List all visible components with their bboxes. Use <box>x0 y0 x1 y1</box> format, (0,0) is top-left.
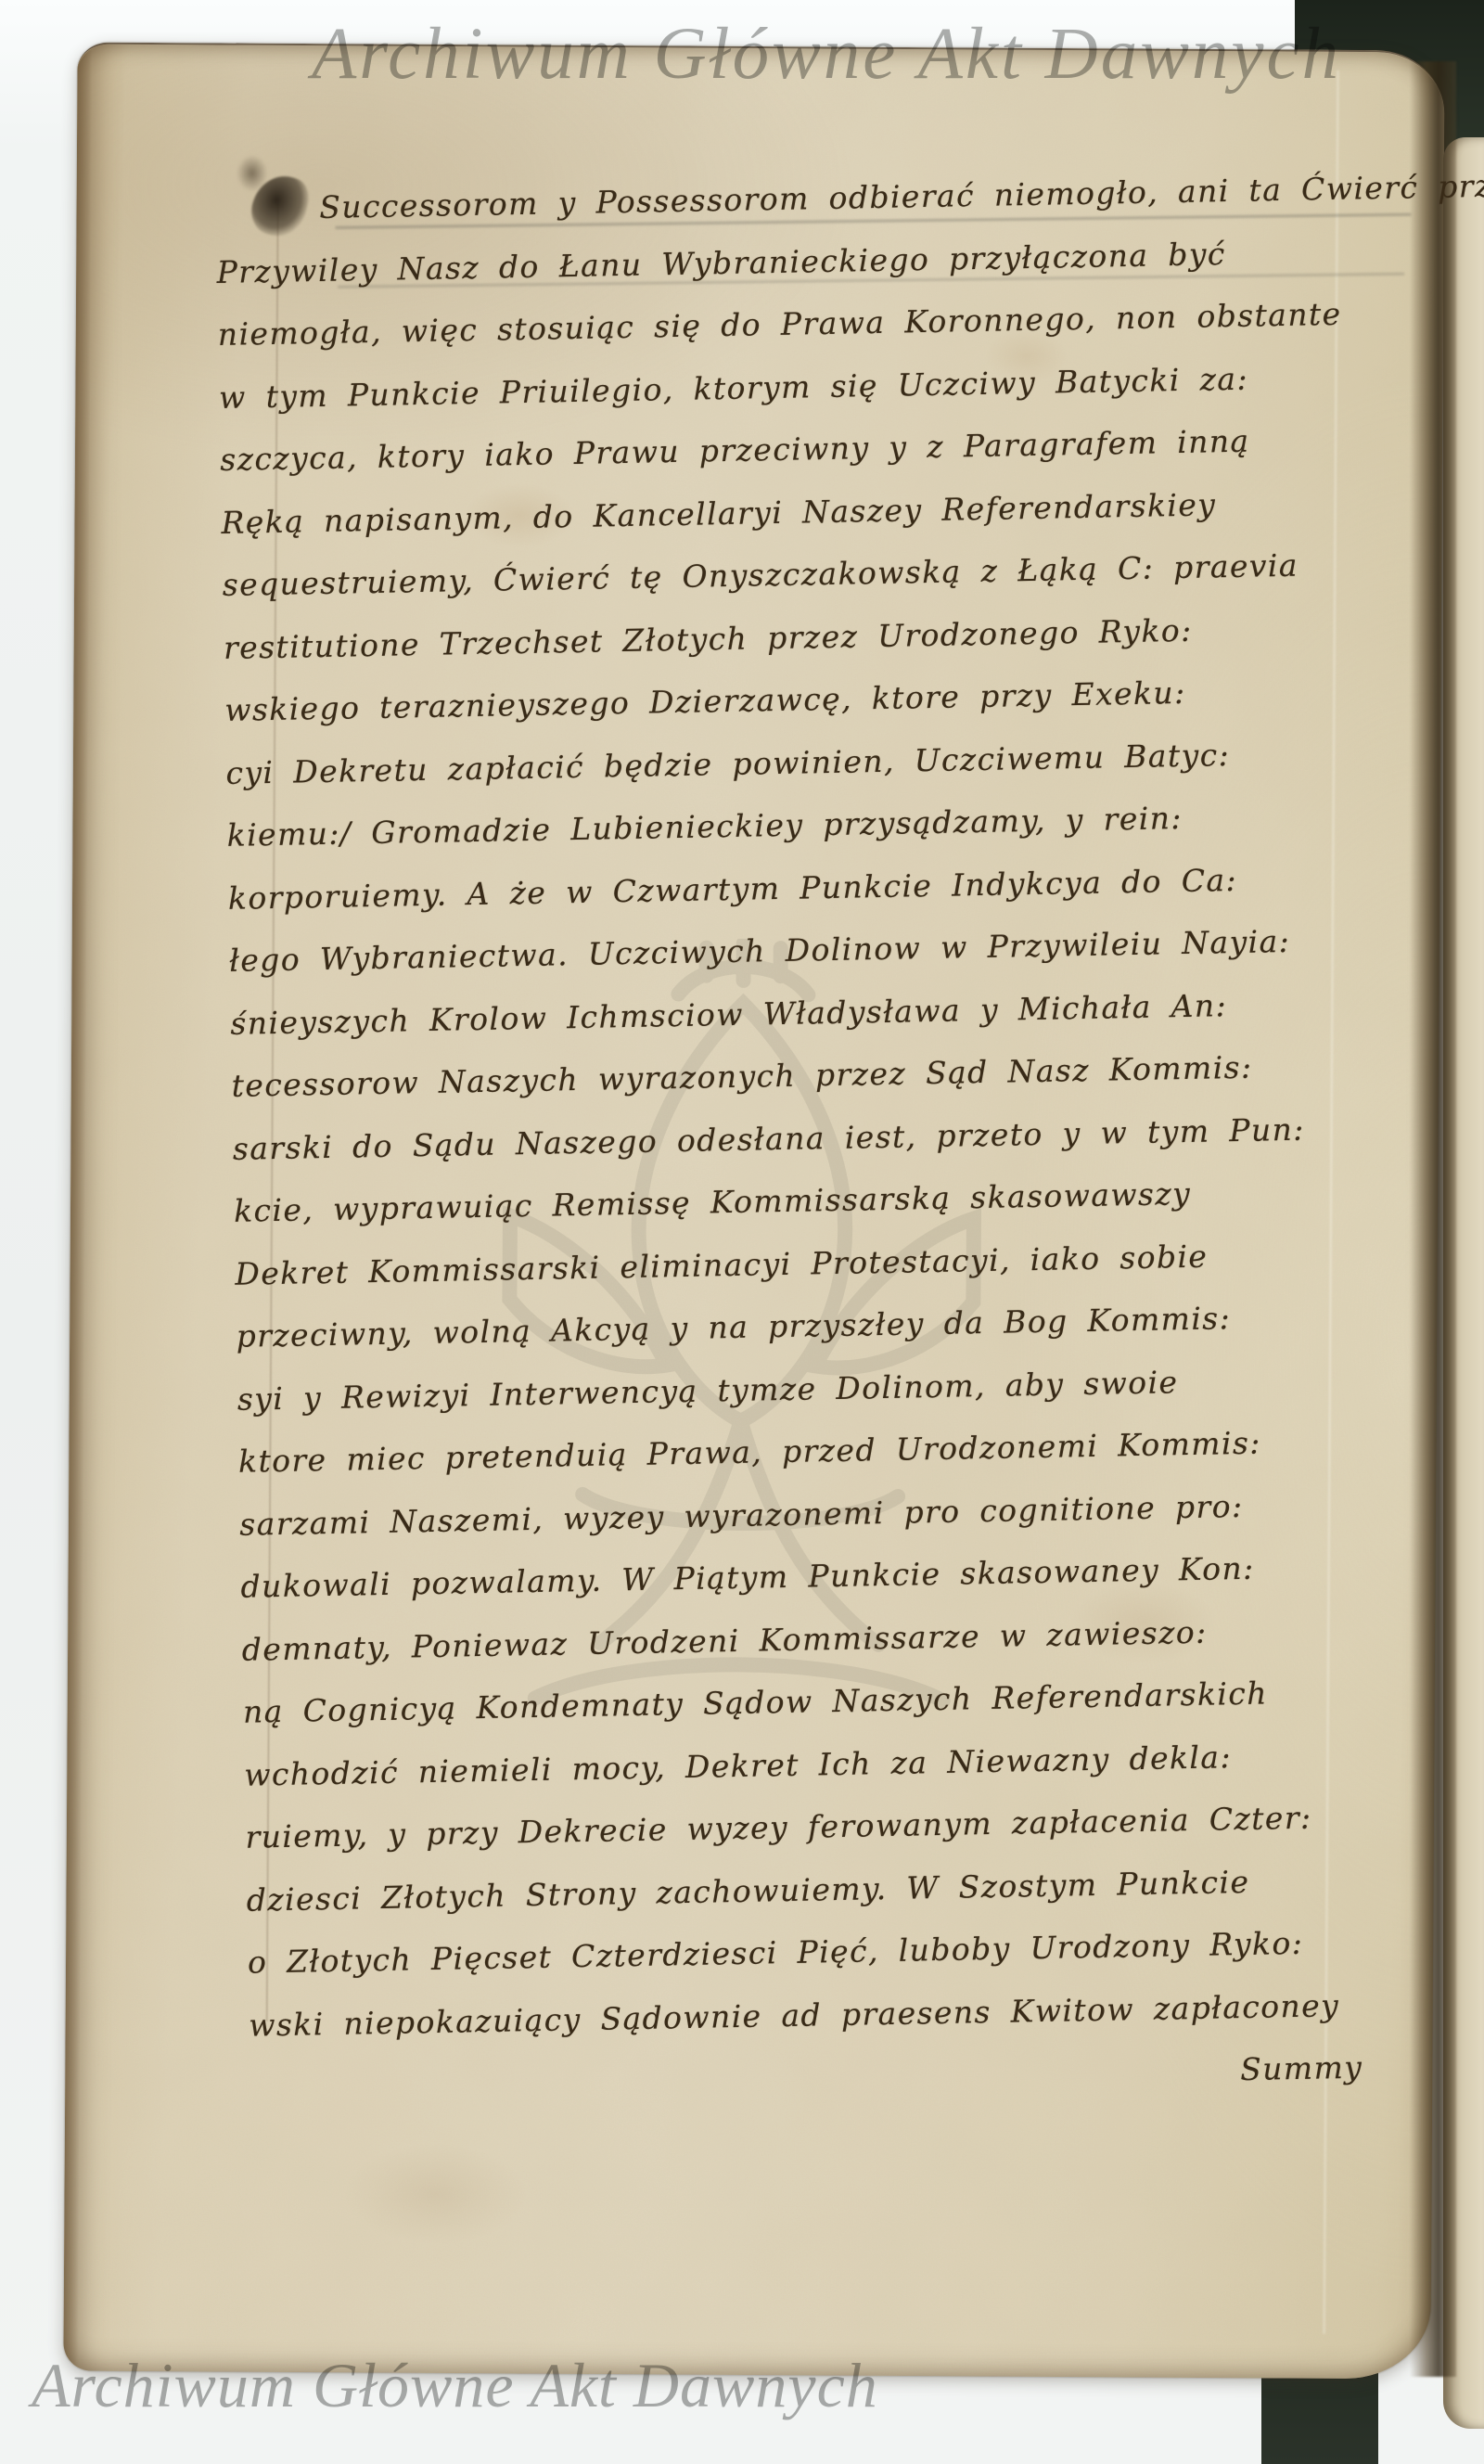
archive-watermark-top: Archiwum Główne Akt Dawnych <box>312 13 1341 96</box>
archival-scan: { "watermarks": { "top": "Archiwum Główn… <box>0 0 1484 2464</box>
archive-watermark-bottom: Archiwum Główne Akt Dawnych <box>32 2349 878 2422</box>
manuscript-text-block: Successorom y Possessorom odbierać niemo… <box>215 169 1456 2132</box>
foxing-stain <box>342 2142 529 2245</box>
